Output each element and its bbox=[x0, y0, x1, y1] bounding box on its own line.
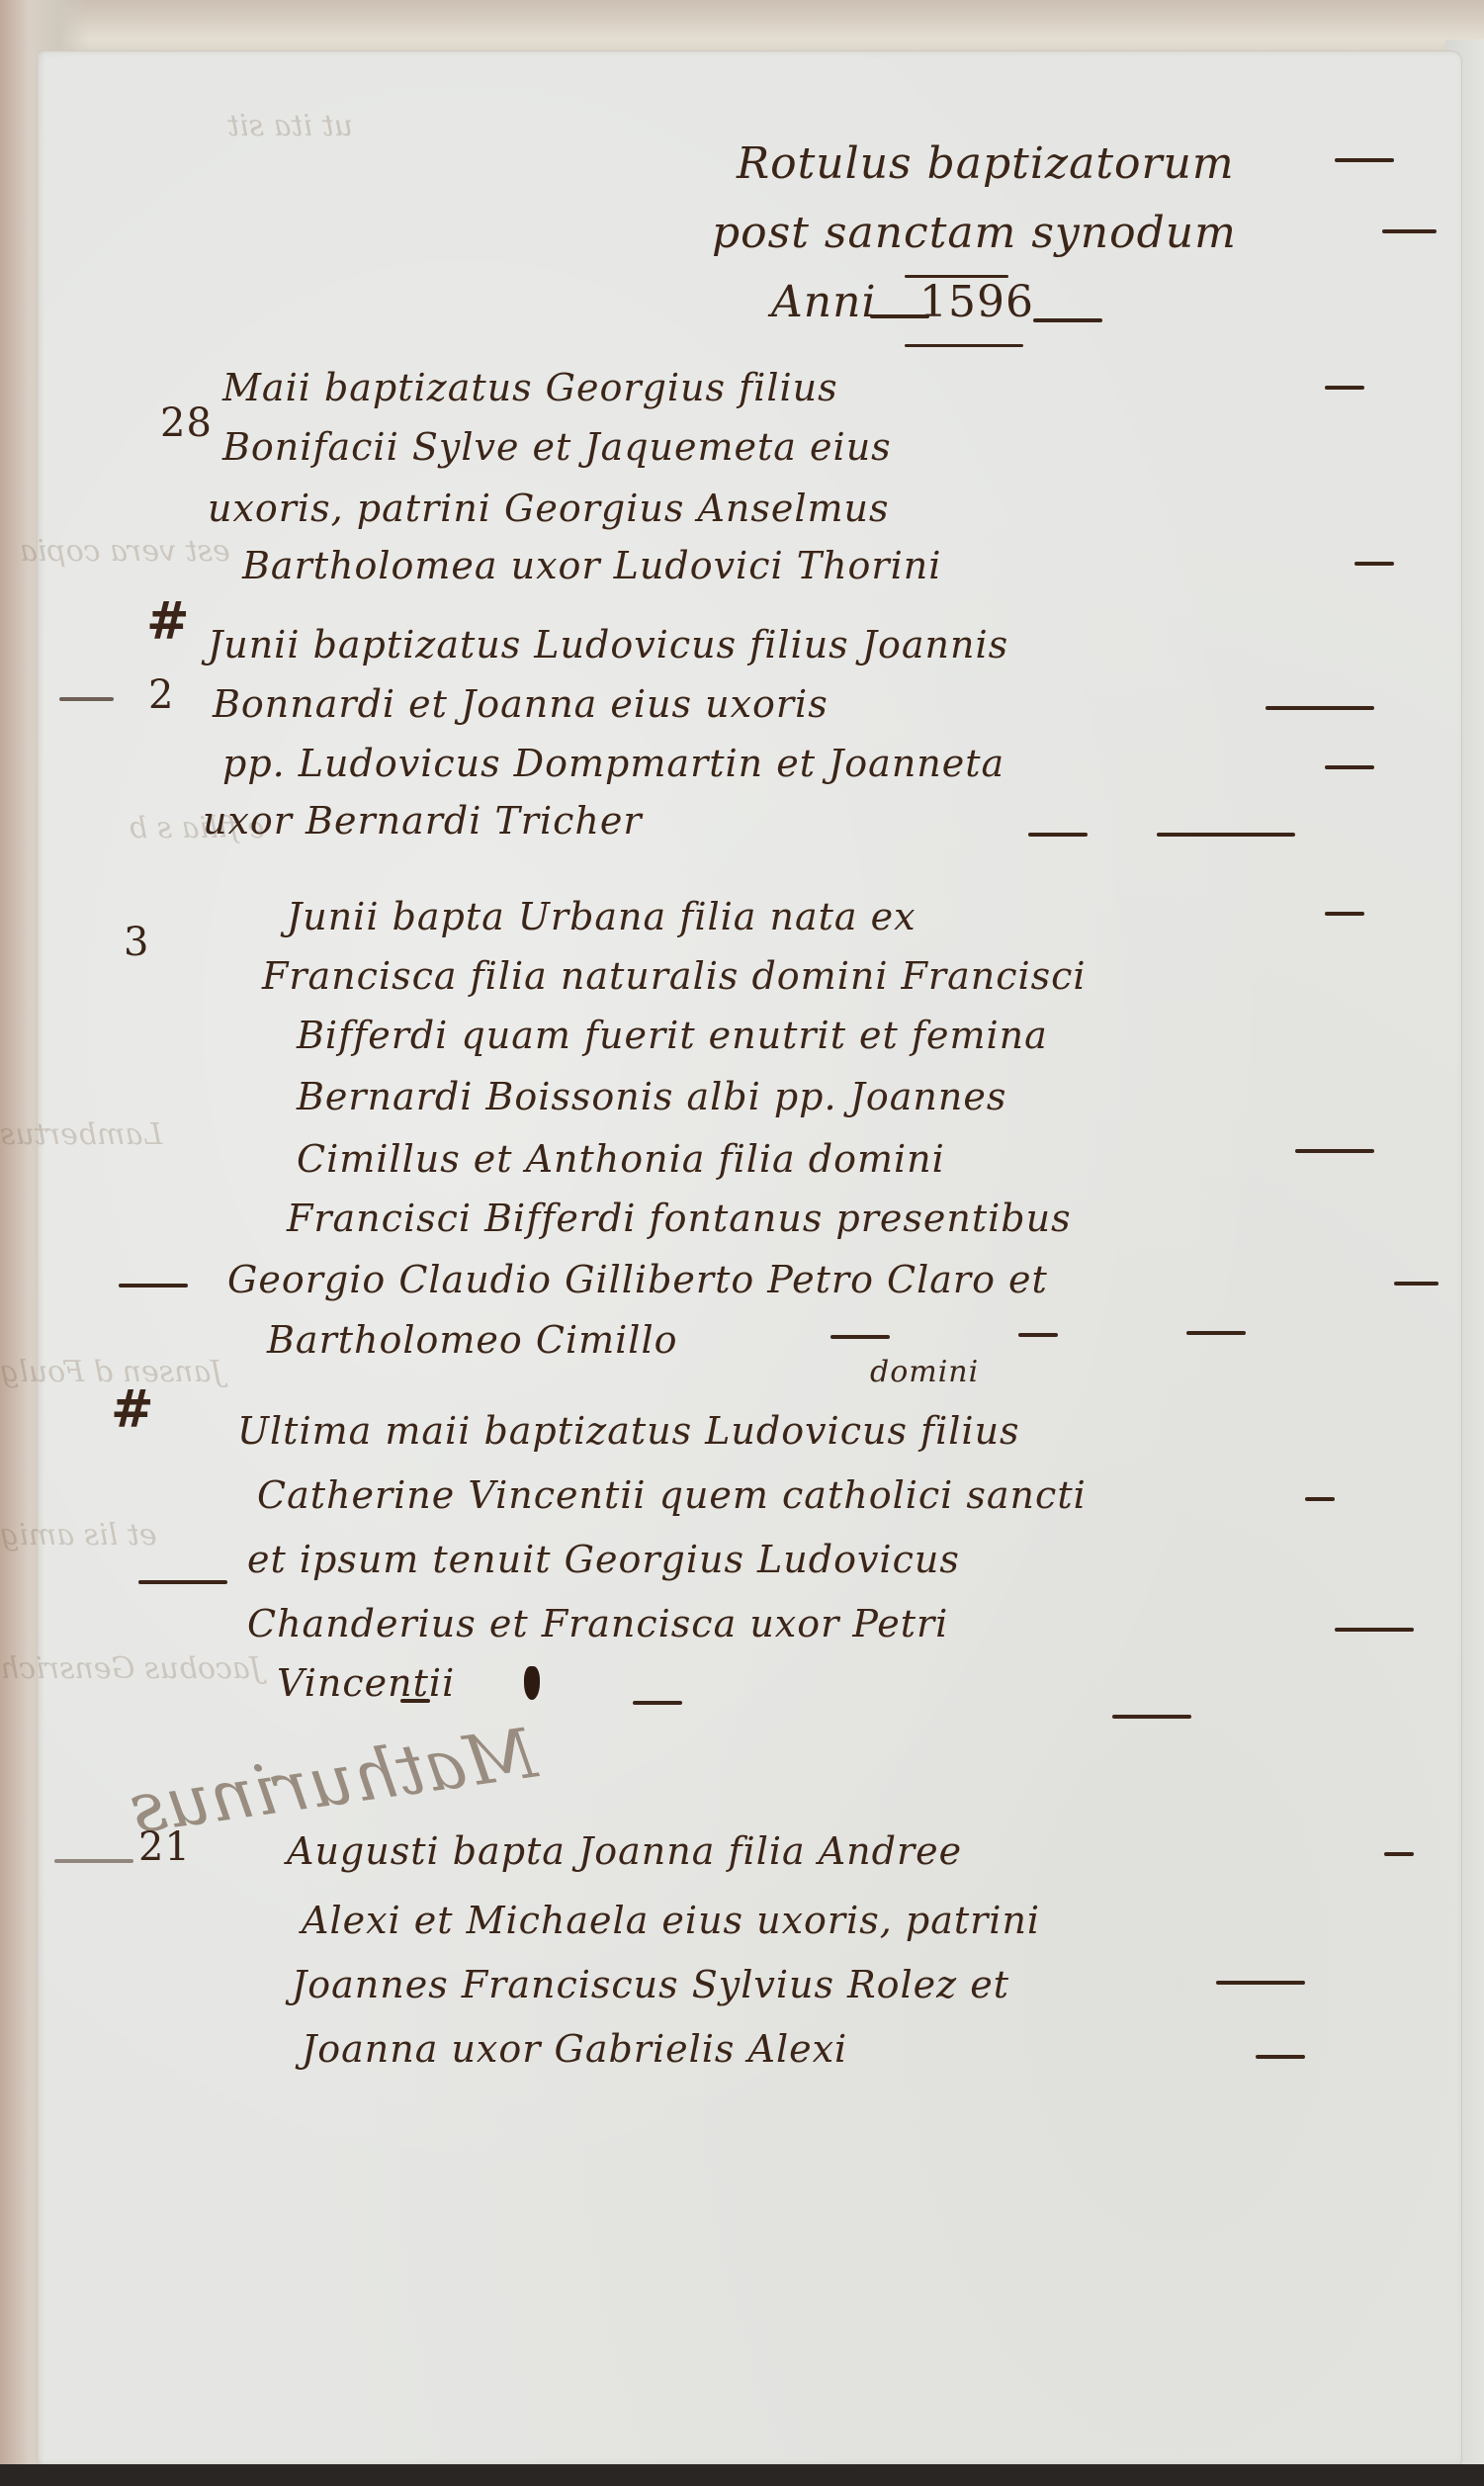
ink-blot bbox=[524, 1666, 540, 1700]
line-filler-dash bbox=[400, 1699, 430, 1703]
bleed-through-text: Lambertus bbox=[0, 1117, 162, 1152]
line-filler-dash bbox=[1382, 229, 1437, 233]
bleed-through-text: et lis amig bbox=[0, 1518, 157, 1553]
margin-day-number: 2 bbox=[148, 672, 174, 718]
entry-line: Maii baptizatus Georgius filius bbox=[222, 366, 838, 409]
entry-line: Augusti bapta Joanna filia Andree bbox=[287, 1829, 962, 1873]
line-filler-dash bbox=[1028, 833, 1088, 837]
line-filler-dash bbox=[1018, 1333, 1058, 1337]
entry-line: uxor Bernardi Tricher bbox=[203, 799, 643, 843]
entry-line: Alexi et Michaela eius uxoris, patrini bbox=[302, 1899, 1040, 1942]
scan-bottom-edge bbox=[0, 2464, 1484, 2486]
entry-line: Bonnardi et Joanna eius uxoris bbox=[213, 682, 829, 726]
entry-line: pp. Ludovicus Dompmartin et Joanneta bbox=[222, 742, 1004, 785]
line-filler-dash bbox=[1216, 1981, 1305, 1985]
line-filler-dash bbox=[138, 1580, 227, 1584]
line-filler-dash bbox=[1335, 158, 1394, 162]
bleed-through-text: Jacobus Gensrich bbox=[0, 1651, 262, 1686]
entry-line: Bartholomeo Cimillo bbox=[267, 1318, 677, 1362]
line-filler-dash bbox=[1394, 1282, 1439, 1286]
line-filler-dash bbox=[1295, 1149, 1374, 1153]
margin-day-number: 28 bbox=[160, 400, 213, 446]
line-filler-dash bbox=[1325, 765, 1374, 769]
heading-line-1: Rotulus baptizatorum bbox=[737, 138, 1235, 189]
entry-line: Junii baptizatus Ludovicus filius Joanni… bbox=[208, 623, 1008, 666]
line-filler-dash bbox=[1325, 386, 1364, 390]
entry-line: Francisci Bifferdi fontanus presentibus bbox=[287, 1197, 1072, 1240]
bleed-through-text: est vera copia bbox=[20, 534, 230, 569]
line-filler-dash bbox=[119, 1284, 188, 1287]
entry-line: Joannes Franciscus Sylvius Rolez et bbox=[292, 1963, 1009, 2006]
line-filler-dash bbox=[1266, 706, 1374, 710]
line-filler-dash bbox=[1335, 1628, 1414, 1632]
line-filler-dash bbox=[1305, 1497, 1335, 1501]
entry-line: Joanna uxor Gabrielis Alexi bbox=[302, 2027, 847, 2071]
line-filler-dash bbox=[1033, 318, 1102, 322]
line-filler-dash bbox=[1384, 1852, 1414, 1856]
margin-mark-hash: # bbox=[146, 591, 191, 652]
line-filler-dash bbox=[1112, 1715, 1191, 1719]
entry-line: et ipsum tenuit Georgius Ludovicus bbox=[247, 1538, 960, 1581]
year-underline bbox=[905, 344, 1023, 347]
margin-day-number: 3 bbox=[124, 920, 149, 965]
entry-line: Bifferdi quam fuerit enutrit et femina bbox=[297, 1014, 1048, 1057]
entry-line: Junii bapta Urbana filia nata ex bbox=[287, 895, 917, 938]
entry-line: Bartholomea uxor Ludovici Thorini bbox=[242, 544, 941, 587]
interlinear-insertion: domini bbox=[870, 1355, 979, 1389]
line-filler-dash bbox=[1354, 562, 1394, 566]
entry-line: Chanderius et Francisca uxor Petri bbox=[247, 1602, 948, 1645]
entry-line: Bernardi Boissonis albi pp. Joannes bbox=[297, 1075, 1006, 1118]
line-filler-dash bbox=[1186, 1331, 1246, 1335]
line-filler-dash bbox=[54, 1859, 133, 1863]
entry-line: uxoris, patrini Georgius Anselmus bbox=[208, 487, 890, 530]
margin-day-number: 21 bbox=[138, 1824, 191, 1870]
line-filler-dash bbox=[59, 697, 114, 701]
entry-line: Cimillus et Anthonia filia domini bbox=[297, 1137, 945, 1181]
entry-line: Bonifacii Sylve et Jaquemeta eius bbox=[222, 425, 892, 469]
heading-year: 1596 bbox=[919, 277, 1034, 327]
margin-mark-hash: # bbox=[111, 1379, 155, 1440]
line-filler-dash bbox=[1325, 912, 1364, 916]
line-filler-dash bbox=[1256, 2055, 1305, 2059]
entry-line: Georgio Claudio Gilliberto Petro Claro e… bbox=[227, 1258, 1048, 1301]
line-filler-dash bbox=[1157, 833, 1295, 837]
line-filler-dash bbox=[633, 1701, 682, 1705]
bleed-through-text: ut ita sit bbox=[227, 109, 353, 143]
heading-anni-label: Anni bbox=[771, 277, 877, 327]
entry-line: Ultima maii baptizatus Ludovicus filius bbox=[237, 1409, 1020, 1453]
line-filler-dash bbox=[830, 1335, 890, 1339]
entry-line: Francisca filia naturalis domini Francis… bbox=[262, 954, 1087, 998]
entry-line: Catherine Vincentii quem catholici sanct… bbox=[257, 1473, 1087, 1517]
heading-line-2: post sanctam synodum bbox=[712, 208, 1237, 258]
